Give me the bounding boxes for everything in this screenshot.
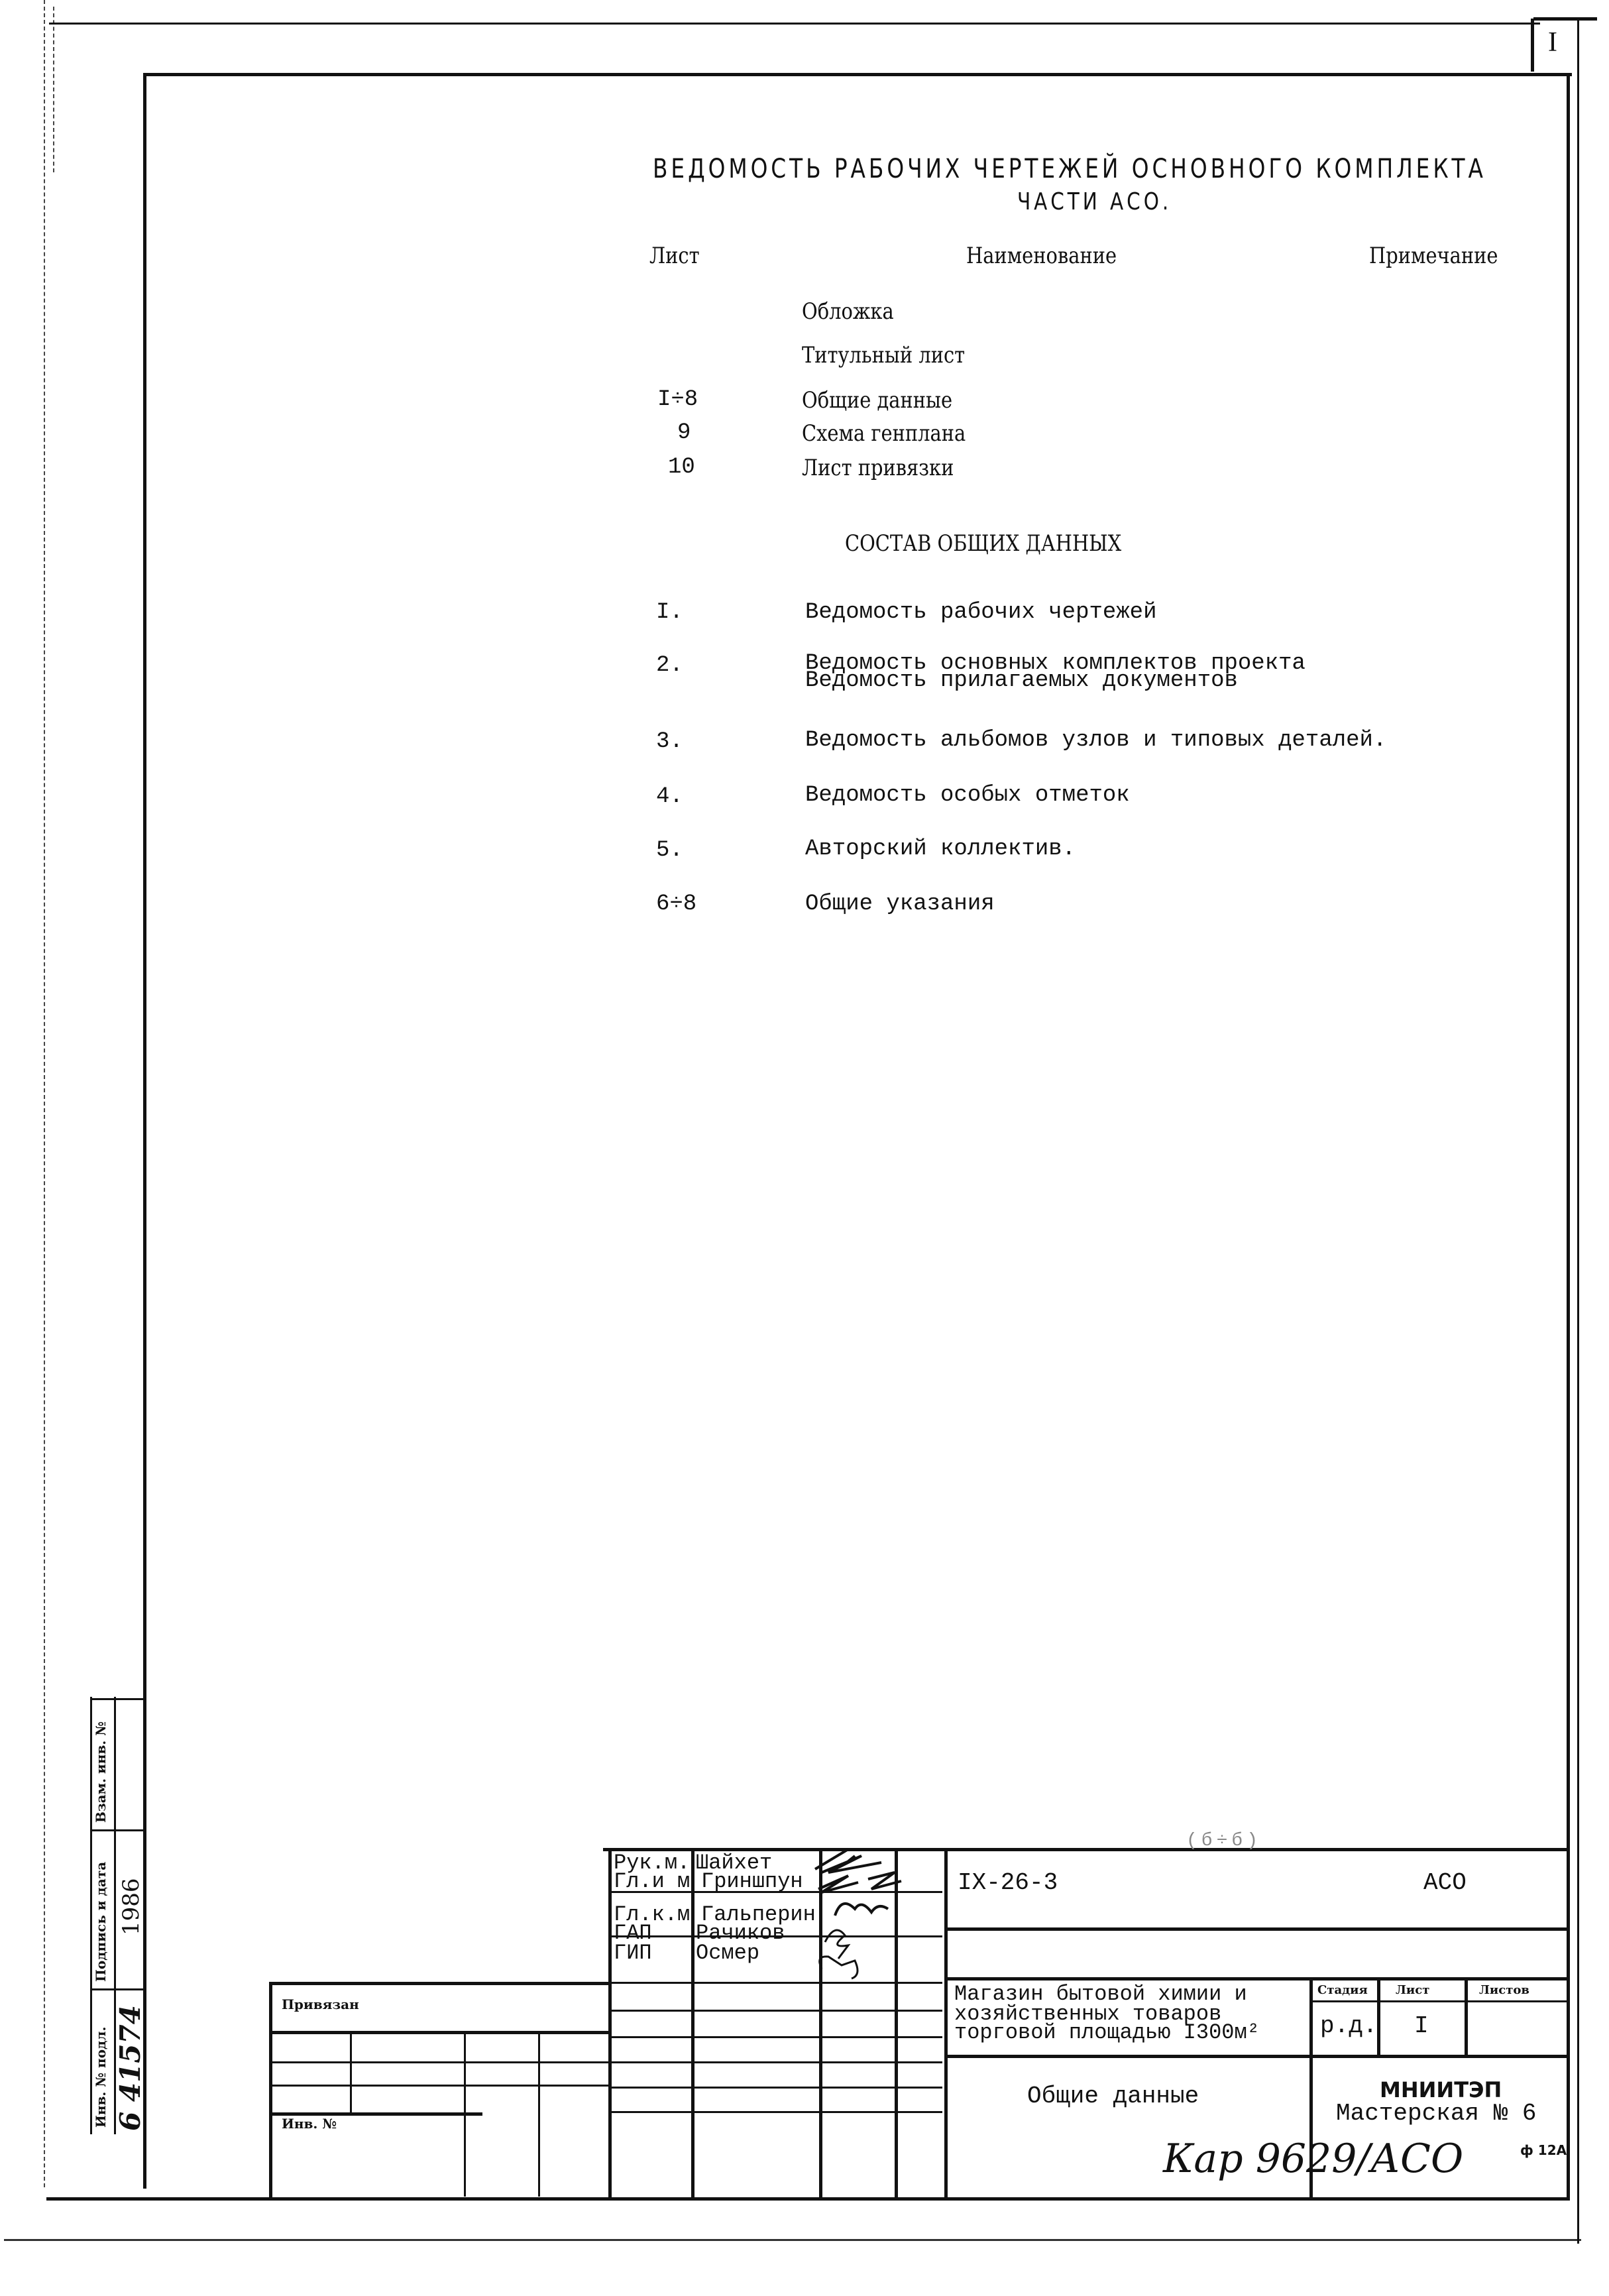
frame-right xyxy=(1567,73,1570,2201)
faded-stamp: (б÷б) xyxy=(1186,1831,1262,1851)
sheet-label: Лист xyxy=(1396,1983,1429,1997)
tb-left xyxy=(608,1849,612,2197)
tb-bound-col xyxy=(350,2031,352,2112)
side-stamp-sign-date-value: 1986 xyxy=(118,1878,144,1935)
tb-bound-mid xyxy=(272,2031,610,2034)
tb-bound-col xyxy=(464,2031,466,2197)
document-title: ВЕДОМОСТЬ РАБОЧИХ ЧЕРТЕЖЕЙ ОСНОВНОГО КОМ… xyxy=(653,154,1486,184)
signatory-role: Гл.и м xyxy=(614,1869,690,1894)
item-text: Общие указания xyxy=(805,891,995,917)
bound-label: Привязан xyxy=(282,1996,359,2012)
item-text: Ведомость прилагаемых документов xyxy=(805,668,1238,693)
workshop-name: Мастерская № 6 xyxy=(1336,2100,1536,2127)
form-code: ф 12А xyxy=(1520,2142,1567,2158)
corner-box-left xyxy=(1531,19,1534,72)
row-name: Обложка xyxy=(802,298,894,325)
tb-stage-header-sep xyxy=(1312,2000,1567,2002)
col-header-note: Примечание xyxy=(1369,243,1498,269)
document-subtitle: ЧАСТИ АСО. xyxy=(1017,188,1172,215)
side-stamp-divider-1 xyxy=(90,1829,146,1831)
section-code: АСО xyxy=(1423,1869,1467,1896)
object-name-line: торговой площадью I300м² xyxy=(954,2020,1260,2045)
general-data-heading: СОСТАВ ОБЩИХ ДАННЫХ xyxy=(845,530,1121,557)
row-name: Общие данные xyxy=(802,387,952,414)
tb-sig-sep xyxy=(611,2087,942,2089)
tb-sig-sep xyxy=(611,2010,942,2012)
side-stamp-divider-2 xyxy=(90,1988,146,1990)
corner-box-top xyxy=(1533,17,1597,21)
tb-row-object-bottom xyxy=(948,2055,1567,2058)
outer-frame-right xyxy=(1577,20,1579,2244)
side-stamp-sign-date-label: Подпись и дата xyxy=(93,1862,109,1982)
row-sheet: I÷8 xyxy=(657,387,698,412)
sheet-corner-number: I xyxy=(1548,27,1557,58)
item-text: Ведомость особых отметок xyxy=(805,783,1130,808)
tb-bound-left xyxy=(269,1982,272,2197)
signatory-name: Гриншпун xyxy=(701,1869,803,1894)
sheet-value: I xyxy=(1414,2012,1429,2039)
project-code: IX-26-3 xyxy=(958,1869,1058,1896)
item-number: 4. xyxy=(656,784,683,809)
item-text: Ведомость рабочих чертежей xyxy=(805,600,1157,625)
tb-sig-sep xyxy=(611,2111,942,2113)
organization-name: МНИИТЭП xyxy=(1380,2077,1502,2102)
col-header-sheet: Лист xyxy=(649,243,700,269)
side-stamp-replaced-label: Взам. инв. № xyxy=(93,1721,109,1823)
item-number: 6÷8 xyxy=(656,891,696,917)
row-name: Титульный лист xyxy=(802,342,965,369)
tb-bound-sep xyxy=(272,2085,610,2087)
tb-role-name-sep xyxy=(691,1849,694,2197)
item-number: 2. xyxy=(656,653,683,678)
sheet-title: Общие данные xyxy=(1027,2083,1199,2110)
side-stamp-inv-value: 6 41574 xyxy=(114,2005,146,2131)
tb-sheets-left xyxy=(1465,1977,1468,2055)
signatory-name: Осмер xyxy=(696,1941,759,1965)
side-stamp-left xyxy=(90,1697,92,2134)
item-text: Ведомость альбомов узлов и типовых детал… xyxy=(805,728,1386,753)
tb-sheet-left xyxy=(1377,1977,1380,2055)
frame-top xyxy=(143,73,1572,76)
item-number: 5. xyxy=(656,838,683,863)
sheets-label: Листов xyxy=(1479,1983,1529,1997)
tb-bound-sep xyxy=(272,2061,610,2063)
row-name: Схема генплана xyxy=(802,420,966,447)
tb-sig-sep xyxy=(611,2036,942,2038)
outer-frame-top xyxy=(49,23,1540,25)
row-sheet: 10 xyxy=(668,455,695,480)
item-number: 3. xyxy=(656,729,683,754)
tb-sig-sep xyxy=(611,2061,942,2063)
side-stamp-inv-label: Инв. № подл. xyxy=(93,2027,109,2128)
signature-scribbles xyxy=(808,1843,948,1988)
item-number: I. xyxy=(656,600,683,625)
row-sheet: 9 xyxy=(677,420,691,445)
col-header-name: Наименование xyxy=(966,243,1117,269)
tb-row-empty-bottom xyxy=(948,1977,1567,1980)
scan-edge-left-2 xyxy=(53,7,54,172)
tb-bound-col xyxy=(538,2031,540,2197)
row-name: Лист привязки xyxy=(802,455,954,481)
frame-bottom xyxy=(46,2197,1569,2201)
side-stamp-top xyxy=(90,1698,146,1700)
stage-label: Стадия xyxy=(1317,1983,1368,1997)
inv-label: Инв. № xyxy=(282,2116,337,2132)
item-text: Авторский коллектив. xyxy=(805,836,1076,862)
signatory-role: ГИП xyxy=(614,1941,652,1965)
tb-stage-left xyxy=(1309,1977,1313,2055)
tb-bound-top xyxy=(272,1982,610,1985)
stage-value: р.д. xyxy=(1320,2012,1377,2039)
tb-row-code-bottom xyxy=(948,1927,1567,1931)
frame-left xyxy=(143,74,146,2189)
outer-frame-bottom xyxy=(4,2239,1581,2241)
archive-handwritten-code: Кар 9629/АСО xyxy=(1163,2136,1463,2182)
scan-edge-left xyxy=(44,0,45,2187)
